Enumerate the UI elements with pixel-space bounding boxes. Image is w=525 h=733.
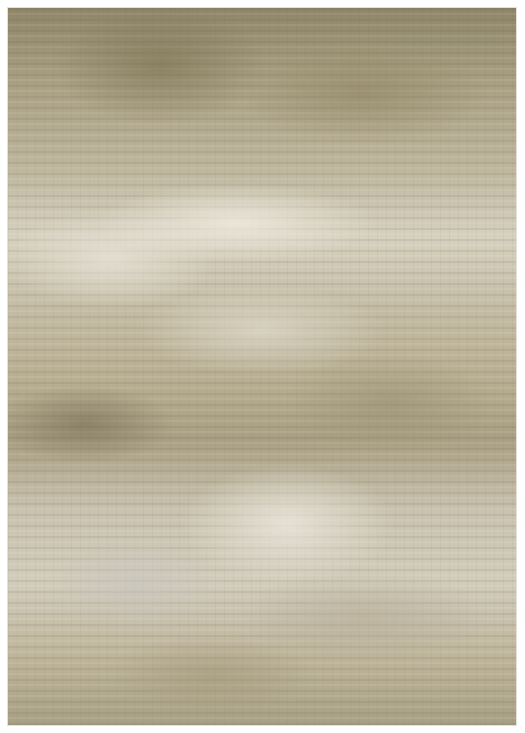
rug-image bbox=[8, 8, 516, 725]
